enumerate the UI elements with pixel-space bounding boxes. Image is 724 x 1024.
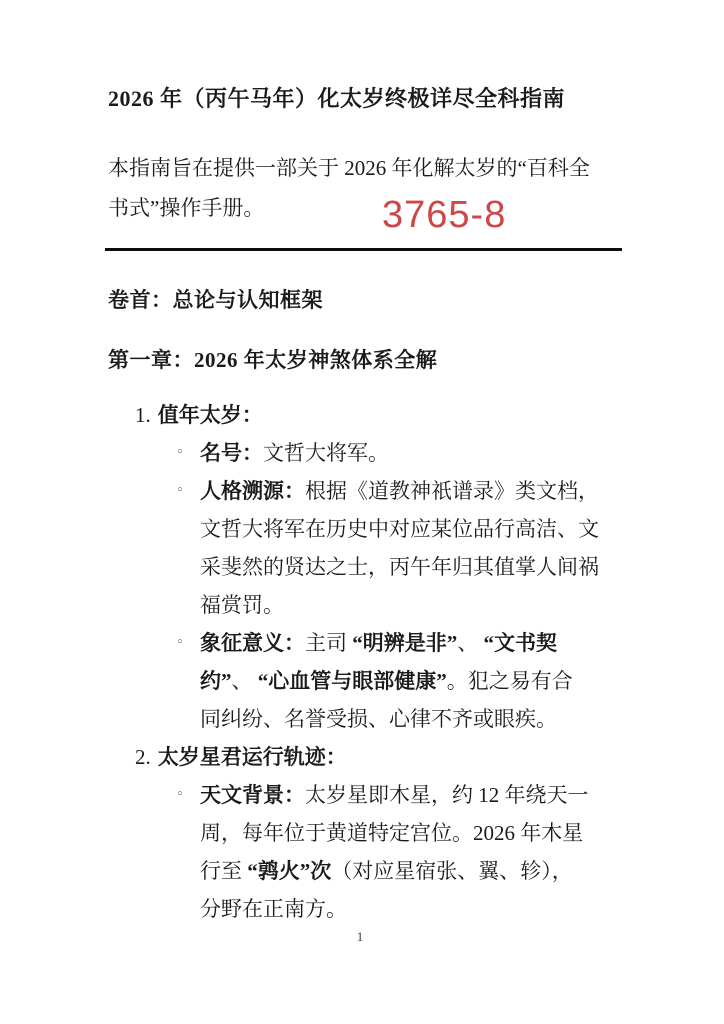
- text-line: 名号：文哲大将军。: [200, 434, 628, 472]
- text-line: 文哲大将军在历史中对应某位品行高洁、文: [200, 510, 628, 548]
- list-item-label: 太岁星君运行轨迹：: [158, 745, 347, 769]
- text-line: 周，每年位于黄道特定宫位。2026 年木星: [200, 814, 628, 852]
- page-content: 2026 年（丙午马年）化太岁终极详尽全科指南 本指南旨在提供一部关于 2026…: [0, 0, 724, 928]
- document-title: 2026 年（丙午马年）化太岁终极详尽全科指南: [108, 84, 628, 114]
- list-item-label: 值年太岁：: [158, 403, 263, 427]
- text-line: 天文背景：太岁星即木星，约 12 年绕天一: [200, 776, 628, 814]
- circle-bullet-icon: ◦: [176, 434, 200, 472]
- bullet-text: 象征意义：主司 “明辨是非”、 “文书契约”、 “心血管与眼部健康”。犯之易有合…: [200, 624, 628, 738]
- text-line: 采斐然的贤达之士，丙午年归其值掌人间祸: [200, 548, 628, 586]
- bullet-text: 人格溯源：根据《道教神祇谱录》类文档，文哲大将军在历史中对应某位品行高洁、文采斐…: [200, 472, 628, 624]
- intro-paragraph: 本指南旨在提供一部关于 2026 年化解太岁的“百科全书式”操作手册。: [108, 148, 628, 228]
- circle-bullet-icon: ◦: [176, 776, 200, 928]
- bullet-text: 名号：文哲大将军。: [200, 434, 628, 472]
- horizontal-rule: [105, 248, 622, 251]
- watermark-number: 3765-8: [382, 194, 506, 236]
- page-number: 1: [0, 928, 720, 946]
- list-item: ◦ 象征意义：主司 “明辨是非”、 “文书契约”、 “心血管与眼部健康”。犯之易…: [176, 624, 628, 738]
- circle-bullet-icon: ◦: [176, 624, 200, 738]
- text-line: 行至 “鹑火”次（对应星宿张、翼、轸），: [200, 852, 628, 890]
- text-line: 本指南旨在提供一部关于 2026 年化解太岁的“百科全: [108, 148, 628, 188]
- list-item: ◦ 天文背景：太岁星即木星，约 12 年绕天一周，每年位于黄道特定宫位。2026…: [176, 776, 628, 928]
- list-item-heading: 2.太岁星君运行轨迹：: [135, 738, 628, 776]
- part-heading: 卷首：总论与认知框架: [108, 287, 628, 313]
- numbered-list: 1.值年太岁： ◦ 名号：文哲大将军。 ◦ 人格溯源：根据《道教神祇谱录》类文档…: [108, 396, 628, 928]
- document-page: 2026 年（丙午马年）化太岁终极详尽全科指南 本指南旨在提供一部关于 2026…: [0, 0, 724, 1024]
- chapter-heading: 第一章：2026 年太岁神煞体系全解: [108, 347, 628, 373]
- list-item: ◦ 人格溯源：根据《道教神祇谱录》类文档，文哲大将军在历史中对应某位品行高洁、文…: [176, 472, 628, 624]
- text-line: 分野在正南方。: [200, 890, 628, 928]
- text-line: 人格溯源：根据《道教神祇谱录》类文档，: [200, 472, 628, 510]
- list-item: ◦ 名号：文哲大将军。: [176, 434, 628, 472]
- bullet-text: 天文背景：太岁星即木星，约 12 年绕天一周，每年位于黄道特定宫位。2026 年…: [200, 776, 628, 928]
- text-line: 约”、 “心血管与眼部健康”。犯之易有合: [200, 662, 628, 700]
- list-item-number: 1.: [135, 403, 151, 427]
- text-line: 同纠纷、名誉受损、心律不齐或眼疾。: [200, 700, 628, 738]
- text-line: 象征意义：主司 “明辨是非”、 “文书契: [200, 624, 628, 662]
- text-line: 福赏罚。: [200, 586, 628, 624]
- circle-bullet-icon: ◦: [176, 472, 200, 624]
- list-item-number: 2.: [135, 745, 151, 769]
- text-line: 书式”操作手册。: [108, 188, 628, 228]
- list-item-heading: 1.值年太岁：: [135, 396, 628, 434]
